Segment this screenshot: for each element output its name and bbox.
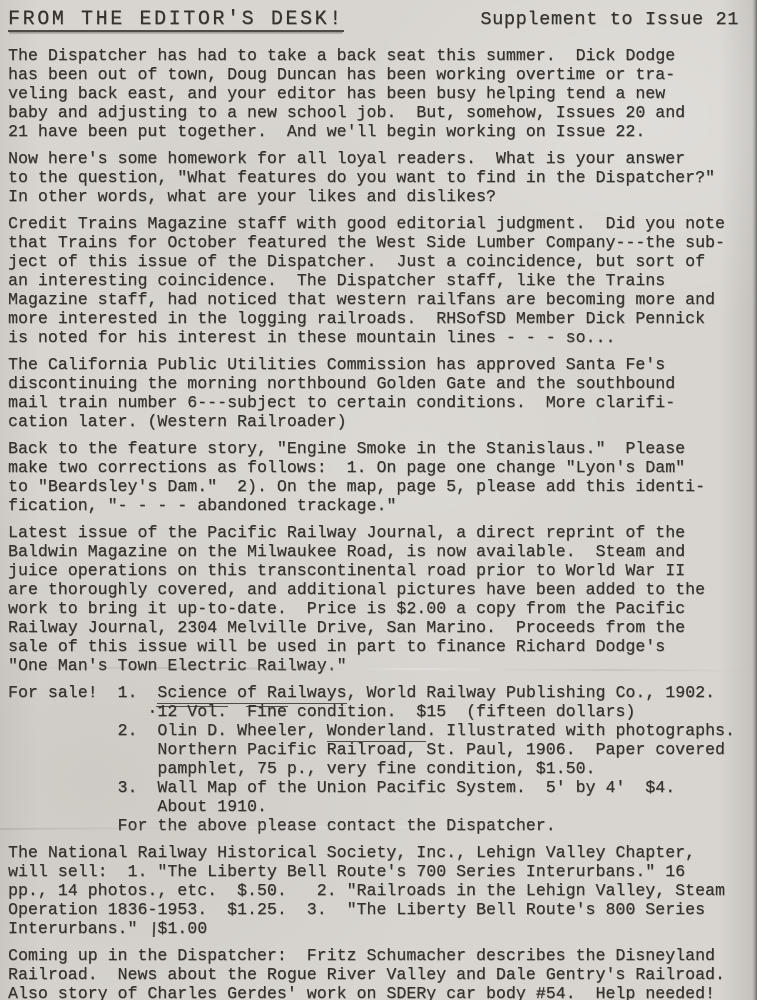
for-sale-item-1-volumes: 12 Vol. [157, 702, 227, 721]
for-sale-contact-note: For the above please contact the Dispatc… [8, 816, 751, 835]
for-sale-item-1-detail-prefix: · [8, 702, 157, 721]
page-header: FROM THE EDITOR'S DESK!Supplement to Iss… [8, 10, 751, 32]
page-title: FROM THE EDITOR'S DESK! [8, 10, 344, 32]
supplement-label: Supplement to Issue 21 [480, 10, 751, 29]
for-sale-item-1-title: Science of Railways [157, 683, 346, 704]
for-sale-item-1-detail: ·12 Vol. Fine condition. $15 (fifteen do… [8, 702, 751, 721]
for-sale-item-1-condition-word: Fine [247, 702, 287, 721]
for-sale-item-1-detail-rest: condition. $15 (fifteen dollars) [287, 702, 636, 721]
for-sale-item-2-prefix: 2. Olin D. Wheeler, [8, 721, 327, 740]
for-sale-item-3-detail: About 1910. [8, 797, 751, 816]
paragraph-cpuc: The California Public Utilities Commissi… [8, 355, 751, 431]
scanned-newsletter-page: FROM THE EDITOR'S DESK!Supplement to Iss… [0, 0, 757, 1000]
paragraph-homework: Now here's some homework for all loyal r… [8, 149, 751, 206]
for-sale-item-2-detail-2: pamphlet, 75 p., very fine condition, $1… [8, 759, 751, 778]
scan-edge-shadow [752, 0, 757, 1000]
for-sale-item-2-rest: . Illustrated with photographs. [426, 721, 735, 740]
for-sale-item-1: For sale! 1. Science of Railways, World … [8, 683, 751, 702]
for-sale-item-2-title: Wonderland [327, 721, 427, 742]
paragraph-dispatcher-summer: The Dispatcher has had to take a back se… [8, 46, 751, 141]
paragraph-corrections: Back to the feature story, "Engine Smoke… [8, 439, 751, 515]
for-sale-section: For sale! 1. Science of Railways, World … [8, 683, 751, 835]
for-sale-item-1-gap [227, 702, 247, 721]
for-sale-item-2-detail-1: Northern Pacific Railroad, St. Paul, 190… [8, 740, 751, 759]
paragraph-nrhs: The National Railway Historical Society,… [8, 843, 751, 938]
for-sale-item-1-rest: , World Railway Publishing Co., 1902. [347, 683, 715, 702]
paragraph-coming-up: Coming up in the Dispatcher: Fritz Schum… [8, 946, 751, 1000]
paragraph-credit-trains: Credit Trains Magazine staff with good e… [8, 214, 751, 347]
paragraph-pacific-railway-journal: Latest issue of the Pacific Railway Jour… [8, 523, 751, 675]
for-sale-item-1-prefix: For sale! 1. [8, 683, 157, 702]
for-sale-item-3: 3. Wall Map of the Union Pacific System.… [8, 778, 751, 797]
for-sale-item-2: 2. Olin D. Wheeler, Wonderland. Illustra… [8, 721, 751, 740]
